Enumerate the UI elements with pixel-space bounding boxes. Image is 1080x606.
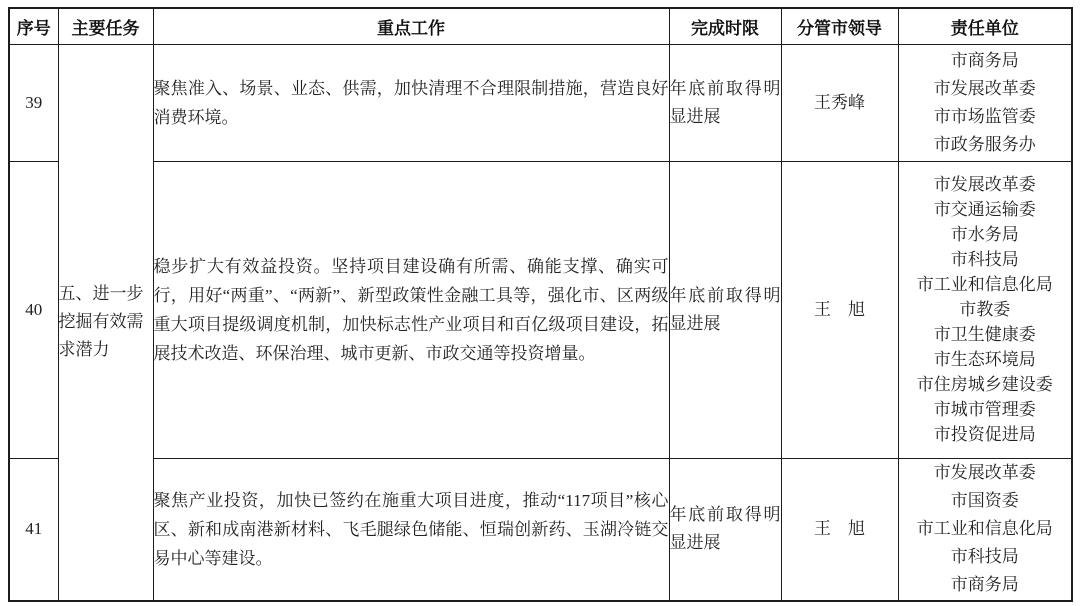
unit-line: 市科技局 <box>899 543 1072 571</box>
units-cell: 市发展改革委市国资委市工业和信息化局市科技局市商务局 <box>898 458 1072 601</box>
units-cell: 市发展改革委市交通运输委市水务局市科技局市工业和信息化局市教委市卫生健康委市生态… <box>898 161 1072 458</box>
task-table: 序号 主要任务 重点工作 完成时限 分管市领导 责任单位 39 五、进一步挖掘有… <box>8 7 1073 602</box>
deadline-cell: 年底前取得明显进展 <box>669 44 781 161</box>
unit-line: 市生态环境局 <box>899 347 1072 372</box>
unit-line: 市商务局 <box>899 571 1072 599</box>
unit-line: 市卫生健康委 <box>899 322 1072 347</box>
column-header-number: 序号 <box>9 8 58 44</box>
unit-line: 市工业和信息化局 <box>899 272 1072 297</box>
document-page: 序号 主要任务 重点工作 完成时限 分管市领导 责任单位 39 五、进一步挖掘有… <box>0 0 1080 606</box>
unit-line: 市水务局 <box>899 222 1072 247</box>
row-number-cell: 41 <box>9 458 58 601</box>
unit-line: 市住房城乡建设委 <box>899 372 1072 397</box>
column-header-deadline: 完成时限 <box>669 8 781 44</box>
row-number-cell: 39 <box>9 44 58 161</box>
column-header-main-task: 主要任务 <box>58 8 153 44</box>
unit-line: 市工业和信息化局 <box>899 515 1072 543</box>
unit-line: 市教委 <box>899 297 1072 322</box>
task-group-cell: 五、进一步挖掘有效需求潜力 <box>58 44 153 601</box>
leader-cell: 王 旭 <box>781 458 898 601</box>
units-cell: 市商务局市发展改革委市市场监管委市政务服务办 <box>898 44 1072 161</box>
column-header-responsible-unit: 责任单位 <box>898 8 1072 44</box>
unit-line: 市城市管理委 <box>899 397 1072 422</box>
unit-line: 市发展改革委 <box>899 459 1072 487</box>
unit-line: 市政务服务办 <box>899 131 1072 159</box>
table-row: 41 聚焦产业投资，加快已签约在施重大项目进度，推动“117项目”核心区、新和成… <box>9 458 1072 601</box>
unit-line: 市交通运输委 <box>899 197 1072 222</box>
table-row: 40 稳步扩大有效益投资。坚持项目建设确有所需、确能支撑、确实可行，用好“两重”… <box>9 161 1072 458</box>
row-number-cell: 40 <box>9 161 58 458</box>
unit-line: 市发展改革委 <box>899 172 1072 197</box>
deadline-cell: 年底前取得明显进展 <box>669 161 781 458</box>
leader-cell: 王 旭 <box>781 161 898 458</box>
unit-line: 市发展改革委 <box>899 75 1072 103</box>
key-work-cell: 稳步扩大有效益投资。坚持项目建设确有所需、确能支撑、确实可行，用好“两重”、“两… <box>153 161 669 458</box>
deadline-cell: 年底前取得明显进展 <box>669 458 781 601</box>
table-row: 39 五、进一步挖掘有效需求潜力 聚焦准入、场景、业态、供需，加快清理不合理限制… <box>9 44 1072 161</box>
unit-line: 市投资促进局 <box>899 422 1072 447</box>
unit-line: 市市场监管委 <box>899 103 1072 131</box>
unit-line: 市科技局 <box>899 247 1072 272</box>
unit-line: 市商务局 <box>899 47 1072 75</box>
leader-cell: 王秀峰 <box>781 44 898 161</box>
key-work-cell: 聚焦产业投资，加快已签约在施重大项目进度，推动“117项目”核心区、新和成南港新… <box>153 458 669 601</box>
column-header-leader: 分管市领导 <box>781 8 898 44</box>
table-header-row: 序号 主要任务 重点工作 完成时限 分管市领导 责任单位 <box>9 8 1072 44</box>
key-work-cell: 聚焦准入、场景、业态、供需，加快清理不合理限制措施，营造良好消费环境。 <box>153 44 669 161</box>
unit-line: 市国资委 <box>899 487 1072 515</box>
column-header-key-work: 重点工作 <box>153 8 669 44</box>
